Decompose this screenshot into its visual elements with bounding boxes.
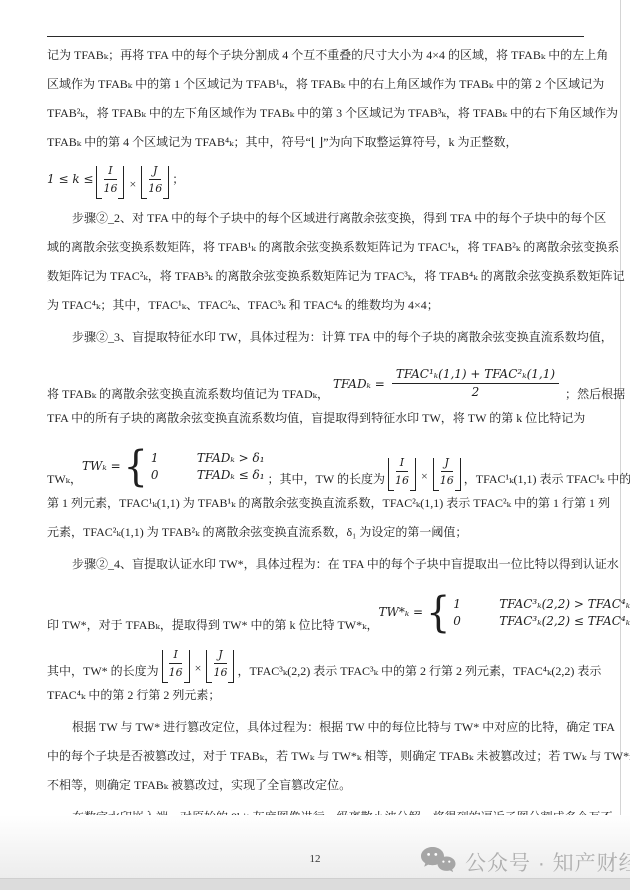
- watermark-text: 公众号 · 知产财经观: [465, 847, 630, 877]
- wechat-watermark: 公众号 · 知产财经观: [420, 846, 630, 878]
- formula-text: ；: [172, 169, 184, 189]
- floor-bracket-right: [118, 166, 124, 199]
- formula-text: TFAC¹ₖ(1,1) 表示 TFAC¹ₖ 中的第 1 行: [476, 469, 630, 489]
- formula-line-twstar-length: 其中，TW* 的长度为 I 16 × J 16 ， TFAC³ₖ(2,2) 表示…: [47, 635, 585, 681]
- text-line: 记为 TFABₖ；再将 TFA 中的每个子块分割成 4 个互不重叠的尺寸大小为 …: [47, 41, 585, 70]
- text-line: 区域作为 TFABₖ 中的第 1 个区域记为 TFAB¹ₖ，将 TFABₖ 中的…: [47, 70, 585, 99]
- case-value: 1: [151, 451, 197, 465]
- equation-lhs: TFADₖ =: [333, 377, 385, 391]
- case-condition: TFADₖ ≤ δ₁: [197, 468, 265, 482]
- floor-bracket-right: [184, 650, 190, 683]
- denominator: 16: [440, 472, 454, 488]
- wechat-icon: [420, 846, 456, 878]
- floor-bracket-left: [162, 650, 168, 683]
- text-line: TFAC⁴ₖ 中的第 2 行第 2 列元素；: [47, 681, 585, 710]
- case-condition: TFAC³ₖ(2,2) > TFAC⁴ₖ(2,2): [499, 597, 630, 611]
- fraction: I 16: [395, 455, 409, 488]
- document-body: 记为 TFABₖ；再将 TFA 中的每个子块分割成 4 个互不重叠的尺寸大小为 …: [47, 41, 585, 832]
- formula-line-twk: TWₖ， TWₖ = { 1 TFADₖ > δ₁ 0 TFADₖ ≤ δ₁: [47, 433, 585, 489]
- equation-twk: TWₖ = { 1 TFADₖ > δ₁ 0 TFADₖ ≤ δ₁: [82, 447, 267, 485]
- text-line: TFAB²ₖ，将 TFABₖ 中的左下角区域作为 TFABₖ 中的第 3 个区域…: [47, 99, 585, 128]
- text-line: 元素，TFAC²ₖ(1,1) 为 TFAB²ₖ 的离散余弦变换直流系数，δ₁ 为…: [47, 518, 585, 547]
- case-value: 0: [453, 614, 499, 628]
- formula-text: ；: [565, 384, 577, 404]
- formula-text: ；其中，TW 的长度为: [268, 469, 385, 489]
- floor-bracket-right: [410, 458, 416, 491]
- floor-bracket-right: [163, 166, 169, 199]
- numerator: J: [149, 163, 161, 180]
- patent-document-page: 记为 TFABₖ；再将 TFA 中的每个子块分割成 4 个互不重叠的尺寸大小为 …: [0, 0, 630, 890]
- floor-bracket-right: [228, 650, 234, 683]
- fraction: I 16: [103, 163, 117, 196]
- text-line: 步骤②_4、盲提取认证水印 TW*，具体过程为：在 TFA 中的每个子块中盲提取…: [47, 550, 585, 579]
- text-line: 步骤②_2、对 TFA 中的每个子块中的每个区域进行离散余弦变换，得到 TFA …: [47, 204, 585, 233]
- numerator: I: [104, 163, 116, 180]
- text-line: 中的每个子块是否被篡改过，对于 TFABₖ，若 TWₖ 与 TW*ₖ 相等，则确…: [47, 742, 585, 771]
- case-equation: { 1 TFAC³ₖ(2,2) > TFAC⁴ₖ(2,2) 0 TFAC³ₖ(2…: [426, 593, 630, 631]
- fraction: J 16: [213, 647, 227, 680]
- denominator: 16: [169, 664, 183, 680]
- text-line: TFA 中的所有子块的离散余弦变换直流系数均值，盲提取得到特征水印 TW，将 T…: [47, 404, 585, 433]
- text-line: 不相等，则确定 TFABₖ 被篡改过，实现了全盲篡改定位。: [47, 771, 585, 800]
- case-equation: { 1 TFADₖ > δ₁ 0 TFADₖ ≤ δ₁: [124, 447, 265, 485]
- formula-text: 然后根据: [577, 384, 625, 404]
- numerator: I: [169, 647, 181, 664]
- equation-lhs: TWₖ =: [82, 459, 121, 473]
- formula-text: 将 TFABₖ 的离散余弦变换直流系数均值记为 TFADₖ，: [47, 384, 329, 404]
- text-line: TFABₖ 中的第 4 个区域记为 TFAB⁴ₖ；其中，符号“⌊ ⌋”为向下取整…: [47, 128, 585, 157]
- floor-bracket-left: [206, 650, 212, 683]
- floor-bracket-left: [141, 166, 147, 199]
- times-operator: ×: [421, 461, 428, 491]
- formula-text: ，: [237, 661, 249, 681]
- numerator: I: [396, 455, 408, 472]
- times-operator: ×: [195, 653, 202, 683]
- formula-k-range: 1 ≤ k ≤ I 16 × J 16 ；: [47, 157, 585, 201]
- case-value: 0: [151, 468, 197, 482]
- case-condition: TFAC³ₖ(2,2) ≤ TFAC⁴ₖ(2,2): [499, 614, 630, 628]
- brace-glyph: {: [426, 591, 450, 633]
- floor-expression: I 16 × J 16: [162, 647, 235, 683]
- numerator: TFAC¹ₖ(1,1) + TFAC²ₖ(1,1): [392, 367, 559, 384]
- fraction: J 16: [440, 455, 454, 488]
- floor-bracket-left: [433, 458, 439, 491]
- equation-lhs: TW*ₖ =: [379, 605, 424, 619]
- header-divider: [47, 36, 584, 37]
- formula-line-tfad: 将 TFABₖ 的离散余弦变换直流系数均值记为 TFADₖ， TFADₖ = T…: [47, 352, 585, 404]
- formula-line-twstar: 印 TW*，对于 TFABₖ，提取得到 TW* 中的第 k 位比特 TW*ₖ， …: [47, 579, 585, 635]
- formula-text: 其中，TW* 的长度为: [47, 661, 159, 681]
- fraction: I 16: [169, 647, 183, 680]
- times-operator: ×: [129, 169, 136, 199]
- brace-glyph: {: [124, 445, 148, 487]
- formula-text: TFAC³ₖ(2,2) 表示 TFAC³ₖ 中的第 2 行第 2 列元素，TFA…: [249, 661, 601, 681]
- denominator: 16: [395, 472, 409, 488]
- formula-text: 印 TW*，对于 TFABₖ，提取得到 TW* 中的第 k 位比特 TW*ₖ，: [47, 615, 379, 635]
- case-condition: TFADₖ > δ₁: [197, 451, 265, 465]
- text-line: 数矩阵记为 TFAC²ₖ，将 TFAB³ₖ 的离散余弦变换系数矩阵记为 TFAC…: [47, 262, 585, 291]
- floor-bracket-left: [388, 458, 394, 491]
- case-value: 1: [453, 597, 499, 611]
- text-line: 根据 TW 与 TW* 进行篡改定位，具体过程为：根据 TW 中的每位比特与 T…: [47, 713, 585, 742]
- page-edge-line: [620, 0, 621, 828]
- denominator: 2: [472, 384, 480, 400]
- text-line: 第 1 列元素，TFAC¹ₖ(1,1) 为 TFAB¹ₖ 的离散余弦变换直流系数…: [47, 489, 585, 518]
- text-line: 域的离散余弦变换系数矩阵，将 TFAB¹ₖ 的离散余弦变换系数矩阵记为 TFAC…: [47, 233, 585, 262]
- floor-bracket-right: [455, 458, 461, 491]
- denominator: 16: [148, 180, 162, 196]
- numerator: J: [441, 455, 453, 472]
- footer-bottom-strip: [0, 878, 630, 890]
- equation-twstar: TW*ₖ = { 1 TFAC³ₖ(2,2) > TFAC⁴ₖ(2,2) 0 T…: [379, 593, 630, 631]
- denominator: 16: [213, 664, 227, 680]
- formula-text: 1 ≤ k ≤: [47, 169, 93, 189]
- floor-bracket-left: [96, 166, 102, 199]
- fraction: TFAC¹ₖ(1,1) + TFAC²ₖ(1,1) 2: [392, 367, 559, 400]
- equation-tfad: TFADₖ = TFAC¹ₖ(1,1) + TFAC²ₖ(1,1) 2: [333, 367, 561, 400]
- text-line: 步骤②_3、盲提取特征水印 TW，具体过程为：计算 TFA 中的每个子块的离散余…: [47, 323, 585, 352]
- fraction: J 16: [148, 163, 162, 196]
- denominator: 16: [103, 180, 117, 196]
- floor-expression: I 16 × J 16: [388, 455, 461, 491]
- text-line: 为 TFAC⁴ₖ；其中，TFAC¹ₖ、TFAC²ₖ、TFAC³ₖ 和 TFAC⁴…: [47, 291, 585, 320]
- formula-text: ，: [464, 469, 476, 489]
- formula-text: TWₖ，: [47, 469, 82, 489]
- numerator: J: [214, 647, 226, 664]
- floor-expression: I 16 × J 16: [96, 163, 169, 199]
